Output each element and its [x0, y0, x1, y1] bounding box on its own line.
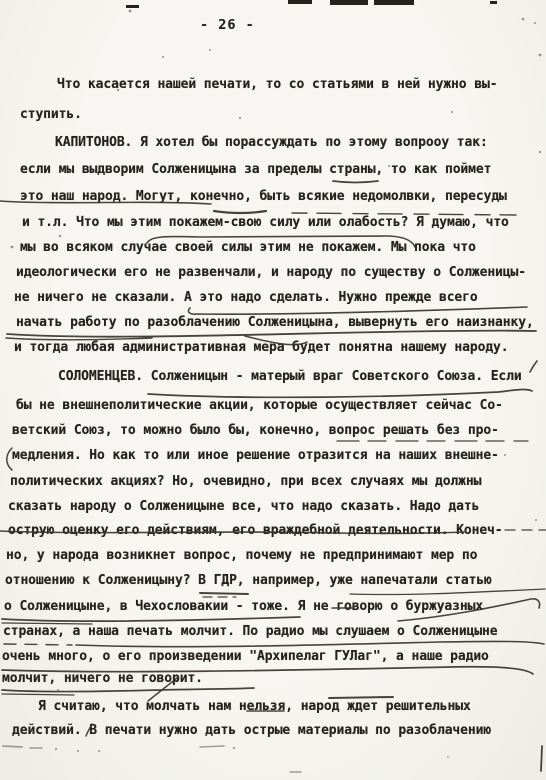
text-line: ступить. — [20, 108, 82, 123]
text-line: очень много, о его произведении "Архипел… — [2, 650, 489, 665]
text-line: бы не внешнеполитические акции, которые … — [16, 399, 503, 414]
text-line: действий. В печати нужно дать острые мат… — [12, 724, 491, 739]
text-line: КАПИТОНОВ. Я хотел бы порассуждать по эт… — [55, 136, 488, 151]
text-line: ветский Союз, то можно было бы, конечно,… — [12, 424, 499, 439]
scan-artifact-top-edge — [126, 0, 497, 8]
text-line: медления. Но как то или иное решение отр… — [12, 449, 499, 464]
text-line: странах, а наша печать молчит. По радио … — [3, 625, 498, 640]
text-line: Я считаю, что молчать нам нельзя, народ … — [38, 700, 471, 715]
text-line: и т.л. Что мы этим покажем-свою силу или… — [22, 216, 509, 231]
text-line: о Солженицыне, в Чехословакии - тоже. Я … — [4, 600, 483, 615]
text-line: мы во всяком случае своей силы этим не п… — [20, 241, 476, 256]
text-line: начать работу по разоблачению Солженицын… — [16, 316, 534, 331]
scanned-document-page: - 26 - Что касается нашей печати, то со … — [0, 0, 546, 780]
text-line: но, у народа возникнет вопрос, почему не… — [6, 549, 477, 564]
text-line: молчит, ничего не говорит. — [2, 672, 203, 687]
text-line: Что касается нашей печати, то со статьям… — [57, 78, 497, 93]
text-line: и тогда любая административная мера буде… — [14, 341, 509, 356]
text-line: если мы выдворим Солженицына за пределы … — [20, 163, 491, 178]
text-line: идеологически его не развенчали, и народ… — [16, 266, 526, 281]
page-number: - 26 - — [200, 19, 255, 33]
text-line: отношению к Солженицыну? В ГДР, например… — [5, 574, 492, 589]
text-line: не ничего не сказали. А это надо сделать… — [14, 291, 478, 306]
text-line: острую оценку его действиям, его враждеб… — [8, 524, 503, 539]
text-line: политических акциях? Но, очевидно, при в… — [10, 475, 481, 490]
text-line: СОЛОМЕНЦЕВ. Солженицын - матерый враг Со… — [58, 370, 522, 385]
text-line: сказать народу о Солженицыне все, что на… — [8, 500, 479, 515]
text-line: это наш народ. Могут, конечно, быть всяк… — [20, 190, 507, 205]
faint-bottom-marks — [3, 746, 449, 772]
